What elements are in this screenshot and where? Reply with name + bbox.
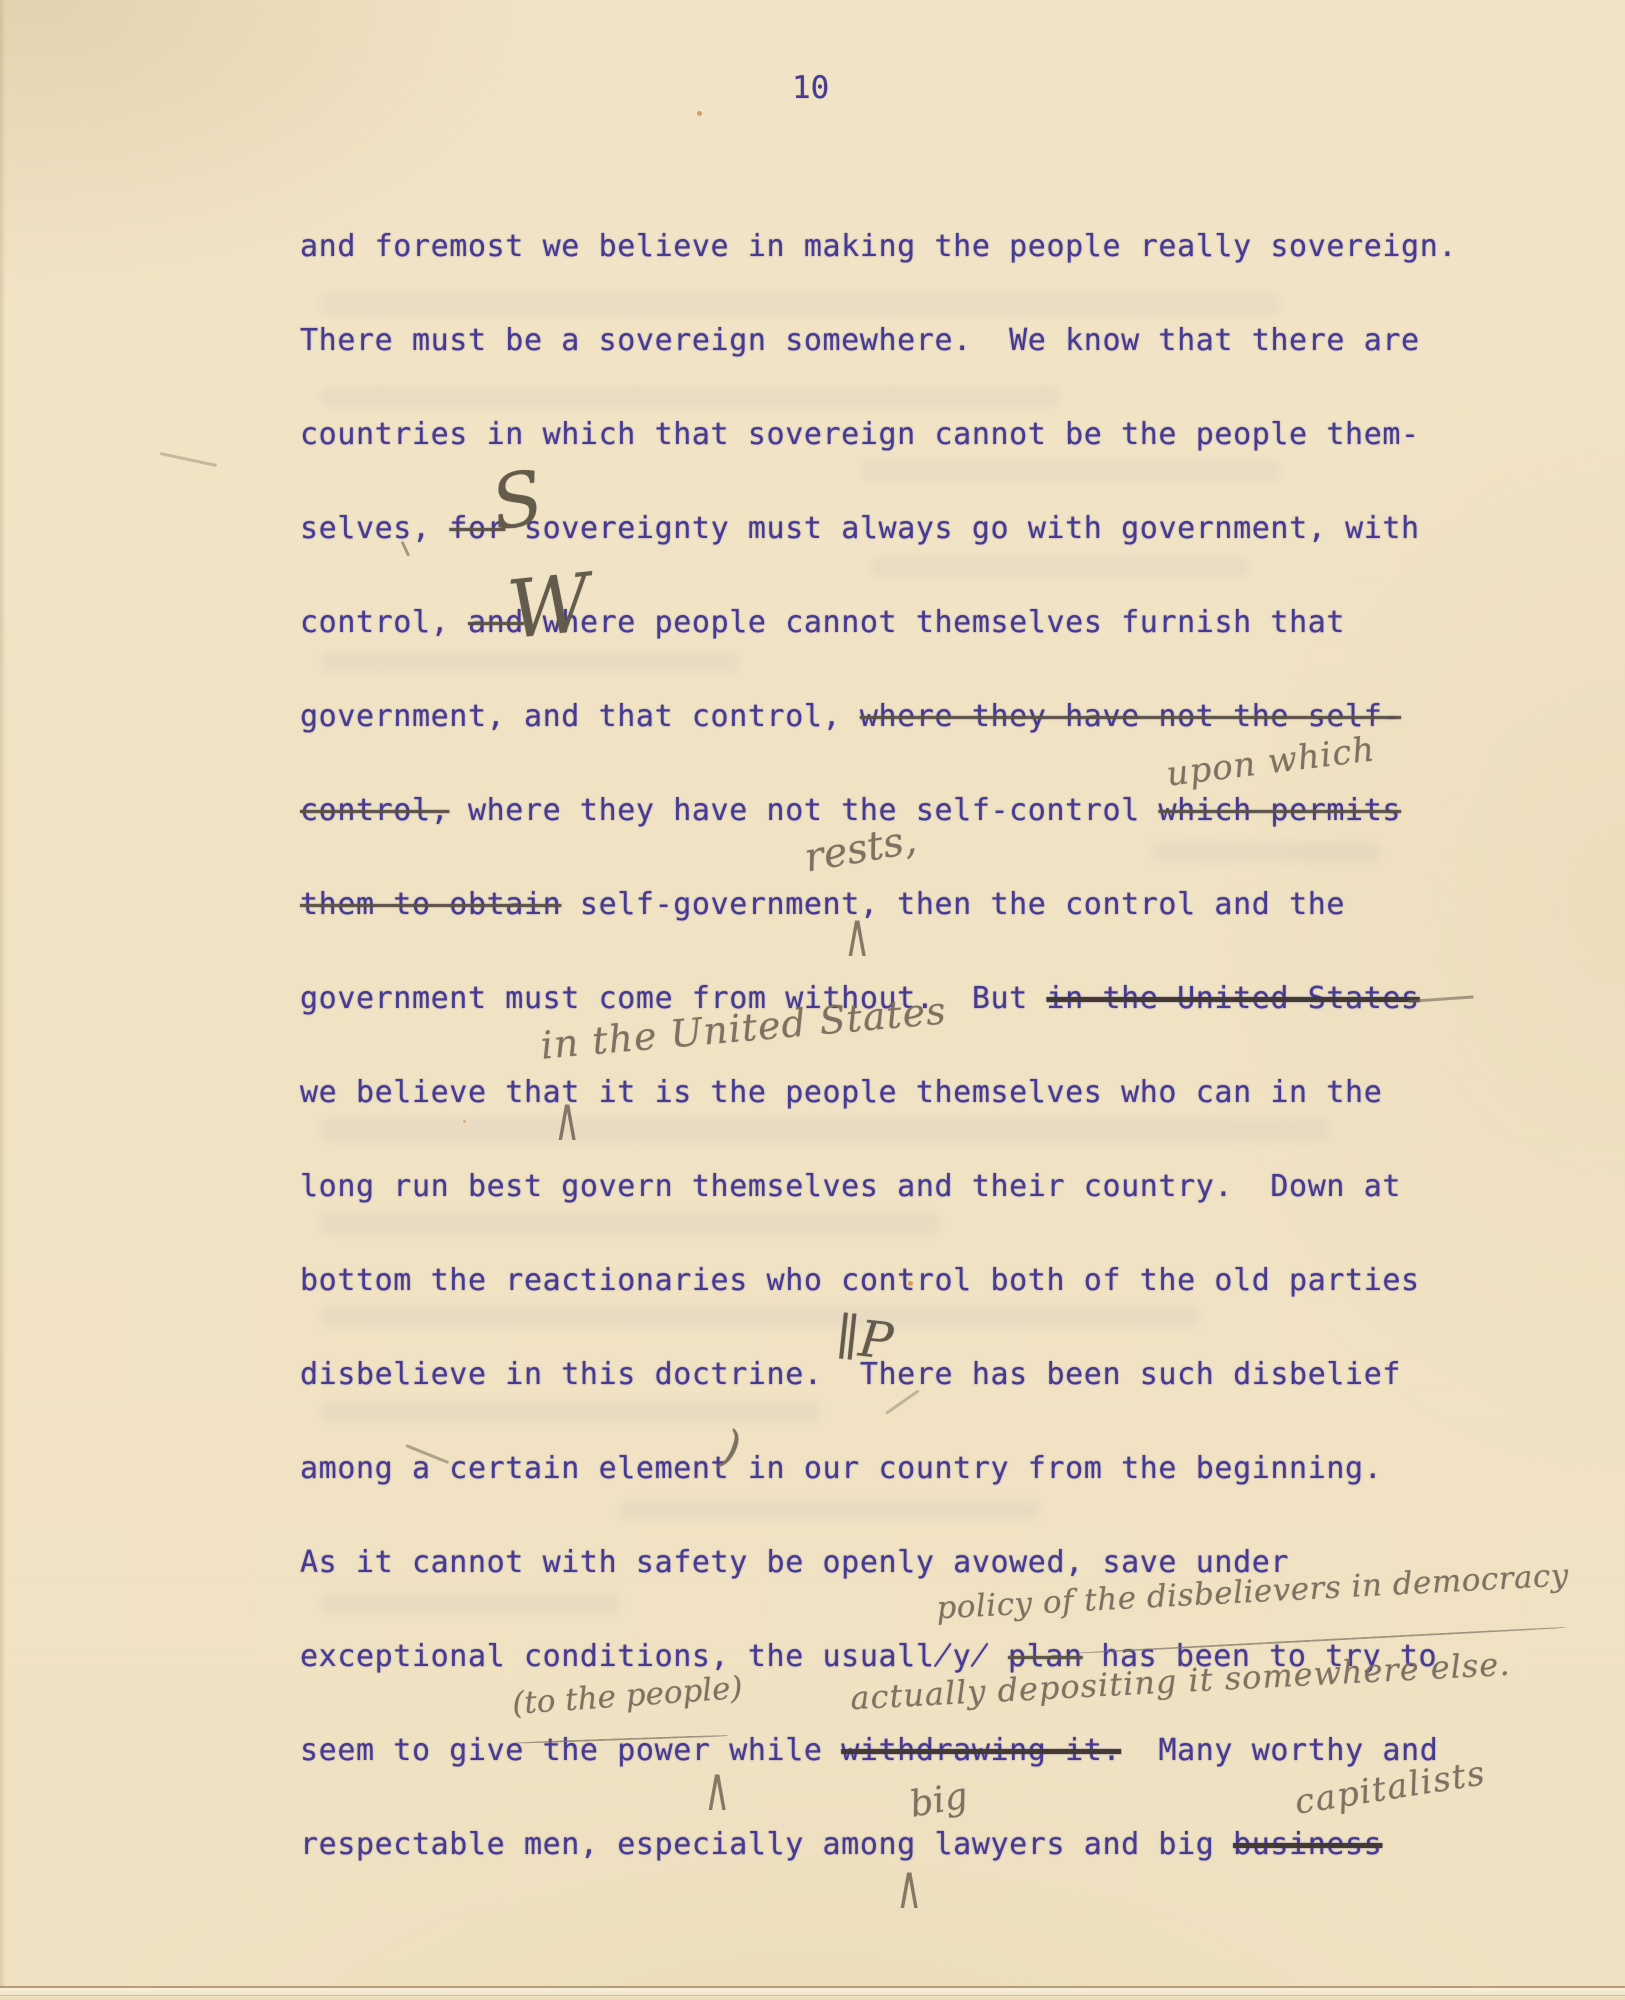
- pencil-mark: [160, 452, 217, 467]
- typed-text: government, and that control,: [300, 699, 860, 734]
- paper-speck: [463, 1120, 466, 1123]
- typed-text: self-government, then the control and th…: [561, 887, 1345, 922]
- typed-text: sovereignty must always go with governme…: [505, 511, 1419, 546]
- typed-text: As it cannot with safety be openly avowe…: [300, 1545, 1289, 1580]
- bleedthrough-smudge: [320, 1118, 1330, 1142]
- typed-text: exceptional conditions, the usual: [300, 1639, 916, 1674]
- struck-text: business: [1233, 1827, 1382, 1862]
- struck-text: where they have not the self-: [860, 699, 1401, 734]
- typed-line: As it cannot with safety be openly avowe…: [300, 1544, 1289, 1582]
- typed-text: countries in which that sovereign cannot…: [300, 417, 1420, 452]
- page-bottom-edge: [0, 1986, 1625, 2000]
- typed-text: seem to give the power while: [300, 1733, 841, 1768]
- typed-text: long run best govern themselves and thei…: [300, 1169, 1401, 1204]
- typed-line: control, and where people cannot themsel…: [300, 604, 1345, 642]
- struck-text: withdrawing it.: [841, 1733, 1121, 1768]
- page-number: 10: [792, 70, 829, 106]
- underlying-pages: [0, 1988, 1625, 2000]
- typed-line: respectable men, especially among lawyer…: [300, 1826, 1382, 1864]
- typed-line: countries in which that sovereign cannot…: [300, 416, 1420, 454]
- typed-text: respectable men, especially among lawyer…: [300, 1827, 1233, 1862]
- bleedthrough-smudge: [320, 1402, 820, 1422]
- typed-text: we believe that it is the people themsel…: [300, 1075, 1382, 1110]
- struck-text: in the United States: [1046, 981, 1419, 1016]
- typed-line: government, and that control, where they…: [300, 698, 1401, 736]
- typed-line: selves, for sovereignty must always go w…: [300, 510, 1420, 548]
- typed-line: There must be a sovereign somewhere. We …: [300, 322, 1420, 360]
- bleedthrough-smudge: [320, 1594, 620, 1614]
- bleedthrough-smudge: [860, 460, 1280, 482]
- inserted-capital-w-annotation: W: [503, 556, 595, 657]
- caret-big-annotation: ∧: [896, 1854, 922, 1924]
- bleedthrough-smudge: [1150, 842, 1380, 862]
- typed-text: bottom the reactionaries who control bot…: [300, 1263, 1420, 1298]
- bleedthrough-smudge: [320, 1306, 1200, 1328]
- typed-text: Many worthy and: [1121, 1733, 1438, 1768]
- typed-text: selves,: [300, 511, 449, 546]
- typed-line: we believe that it is the people themsel…: [300, 1074, 1382, 1112]
- bleedthrough-smudge: [870, 556, 1250, 578]
- typed-line: long run best govern themselves and thei…: [300, 1168, 1401, 1206]
- inserted-big-annotation: big: [907, 1775, 971, 1825]
- typed-text: and foremost we believe in making the pe…: [300, 229, 1457, 264]
- upon-which-annotation: upon which: [1164, 729, 1377, 794]
- manuscript-page: 10 and foremost we believe in making the…: [0, 0, 1625, 2000]
- typed-line: control, where they have not the self-co…: [300, 792, 1401, 830]
- typed-line: seem to give the power while withdrawing…: [300, 1732, 1438, 1770]
- struck-text: them to obtain: [300, 887, 561, 922]
- typed-line: and foremost we believe in making the pe…: [300, 228, 1457, 266]
- typed-text: among a certain element in our country f…: [300, 1451, 1382, 1486]
- caret-rests-annotation: ∧: [844, 902, 870, 972]
- typed-text: where they have not the self-control: [449, 793, 1158, 828]
- typed-text: control,: [300, 605, 468, 640]
- struck-text: which permits: [1158, 793, 1401, 828]
- bleedthrough-smudge: [620, 1500, 1040, 1520]
- paper-speck: [908, 1281, 913, 1286]
- struck-text: control,: [300, 793, 449, 828]
- bleedthrough-smudge: [320, 1212, 940, 1234]
- typed-line: them to obtain self-government, then the…: [300, 886, 1345, 924]
- struck-text: l̸y̸: [916, 1639, 989, 1674]
- typed-line: bottom the reactionaries who control bot…: [300, 1262, 1420, 1300]
- caret-power-annotation: ∧: [704, 1756, 730, 1826]
- typed-text: There must be a sovereign somewhere. We …: [300, 323, 1420, 358]
- bleedthrough-smudge: [320, 292, 1280, 316]
- typed-text: where people cannot themselves furnish t…: [524, 605, 1345, 640]
- paper-speck: [697, 111, 702, 116]
- typed-line: among a certain element in our country f…: [300, 1450, 1382, 1488]
- page-edge-line: [0, 1995, 1625, 1996]
- bleedthrough-smudge: [320, 386, 1060, 408]
- typed-text: [989, 1639, 1008, 1674]
- bleedthrough-smudge: [320, 652, 740, 674]
- to-the-people-annotation: (to the people): [511, 1670, 744, 1722]
